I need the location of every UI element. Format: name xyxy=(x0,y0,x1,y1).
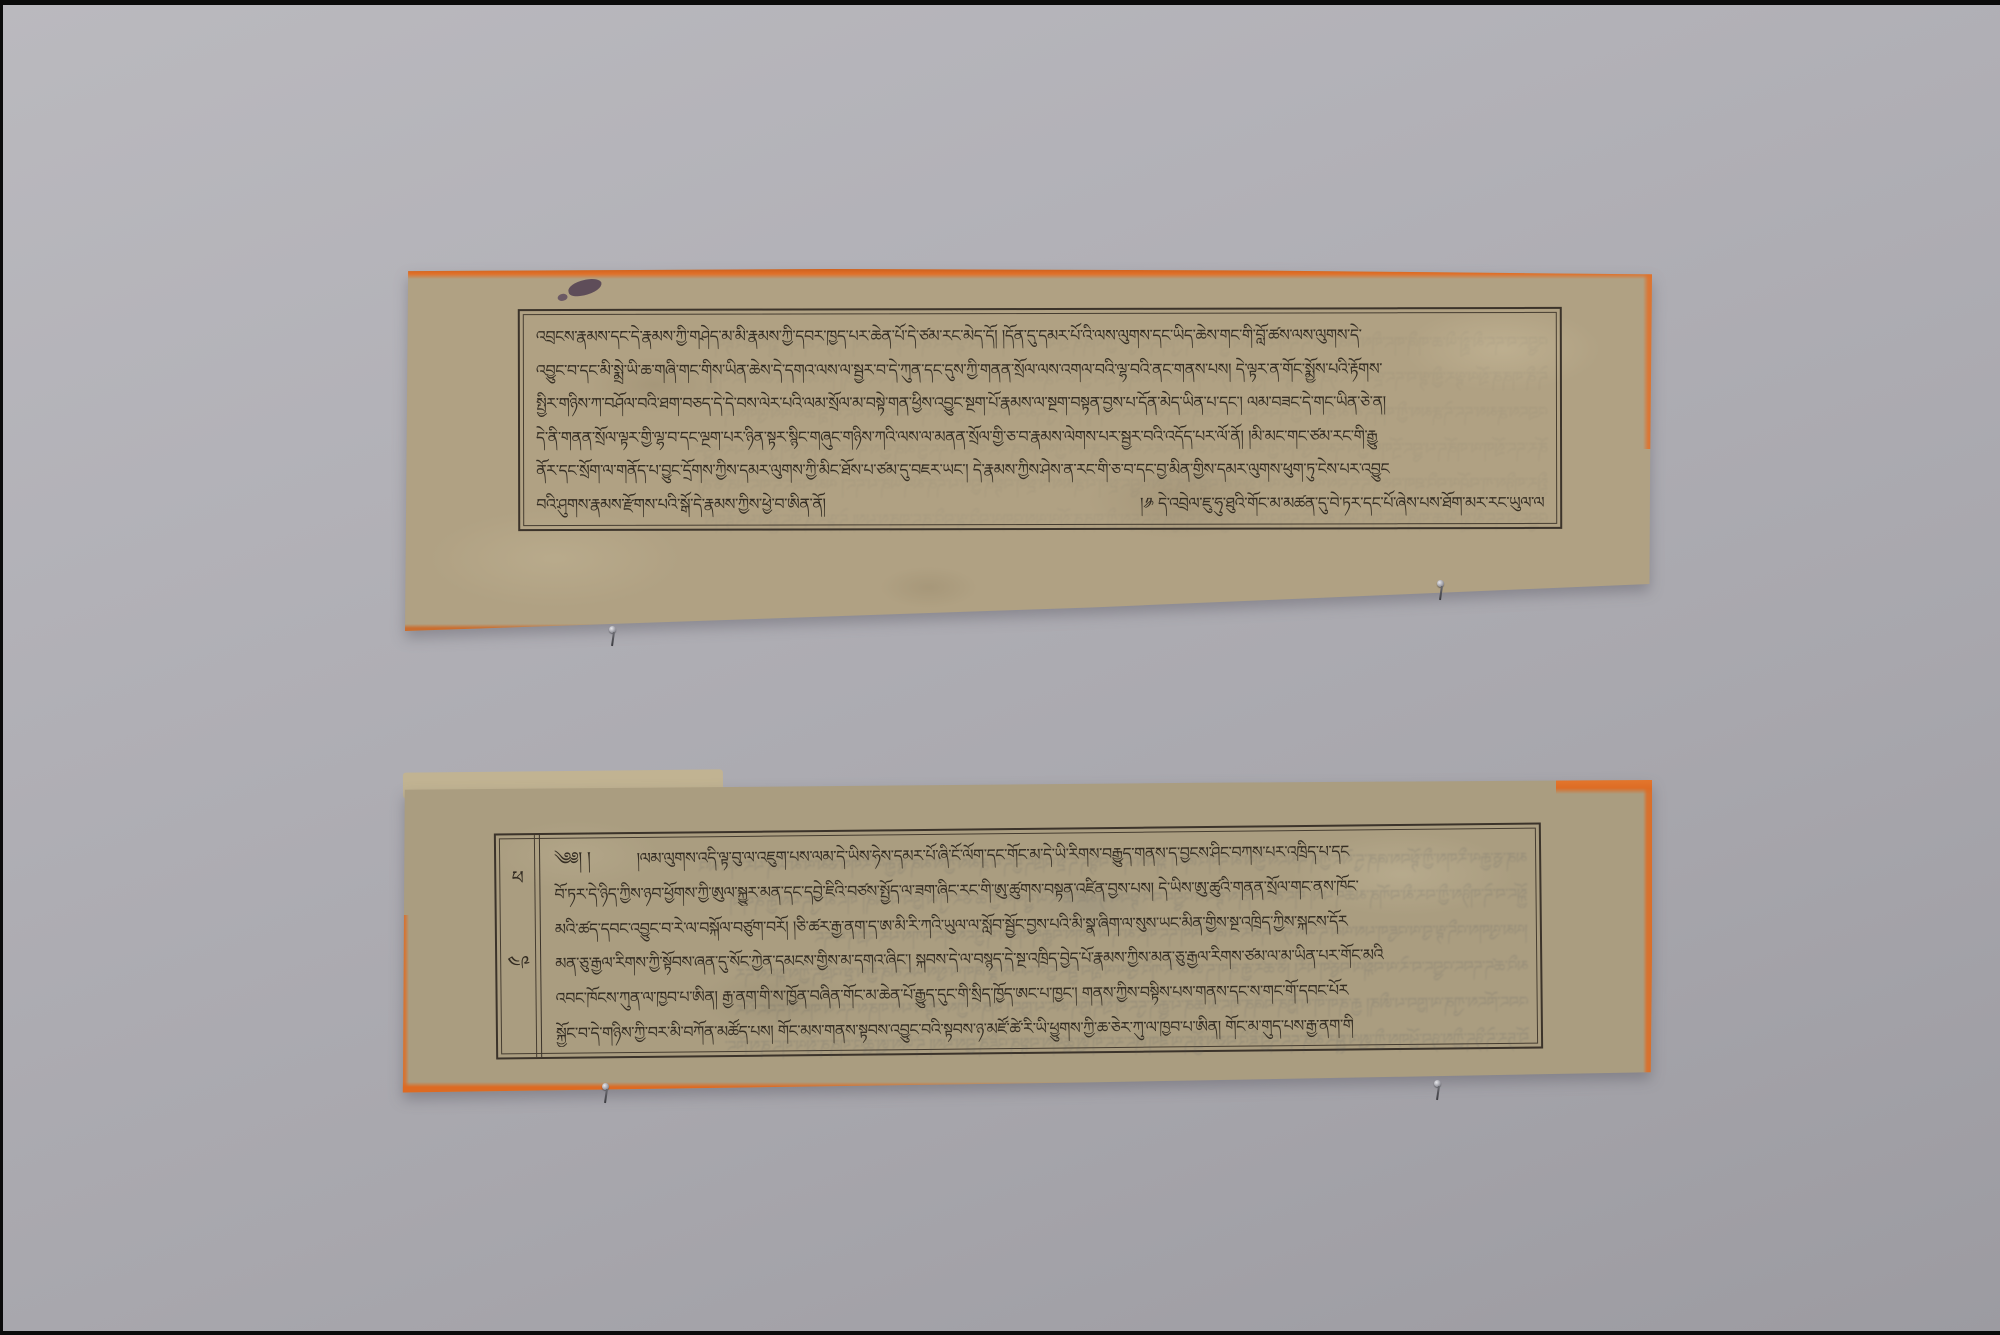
photo-border-top xyxy=(0,0,2000,5)
text-line-4: མན་ཅུ་རྒྱལ་རིགས་ཀྱི་སྟོབས་ཞན་དུ་སོང་ཀྱེན… xyxy=(555,941,1526,977)
mounting-pin xyxy=(1433,1080,1442,1101)
margin-volume-glyph: ཕ xyxy=(512,867,524,890)
text-line-3: མའི་ཚད་དབང་འབྱུང་བ་རེ་ལ་བསྐོལ་བཙུག་བརོ། … xyxy=(555,906,1526,942)
mounting-pin xyxy=(601,1083,610,1104)
text-line-5: ནོར་དང་སྲོག་ལ་གནོད་པ་བྱུང་དྲོགས་ཀྱིས་དམར… xyxy=(536,456,1544,484)
bottom-folio-text-frame: ཕ ༤༩ མན་ཅུ་རྒྱལ་རིགས་ཀྱི་སྟོབས་ཞན་དུ་སོང… xyxy=(494,823,1543,1060)
photo-border-bottom xyxy=(0,1331,2000,1335)
text-line-5: འབང་ཁོངས་ཀུན་ལ་ཁྱབ་པ་ཨིན། རྒྱ་ནག་གི་ས་ཁྱ… xyxy=(555,976,1526,1012)
top-folio-text-frame: འབྱུང་བ་དང་མི་སྨྲེ་ཡི་ཆ་གཞི་གང་གིས་ཡིན་ཆ… xyxy=(518,307,1562,531)
text-line-1-body: །ལམ་ལུགས་འདི་ལྟ་བུ་ལ་འཇུག་པས་ལམ་དེ་ཡིས་ཧ… xyxy=(636,837,1525,872)
ink-blot xyxy=(567,277,603,299)
folio-margin-label-column: ཕ ༤༩ xyxy=(496,835,542,1057)
bottom-folio-paper: ཕ ༤༩ མན་ཅུ་རྒྱལ་རིགས་ཀྱི་སྟོབས་ཞན་དུ་སོང… xyxy=(401,779,1652,1095)
yig-mgo-mark: ༄༅། ། xyxy=(554,846,591,872)
text-line-3: སྤྱིར་གཉིས་ཀ་བཤོལ་བའི་ཐག་བཅད་དེ་དེ་བས་ལེ… xyxy=(536,389,1544,417)
text-line-6: བའི་ཤུགས་རྣམས་རྫོགས་པའི་སྒོ་དེ་རྣམས་ཀྱིས… xyxy=(536,490,1544,518)
margin-page-number: ༤༩ xyxy=(507,952,530,975)
bottom-folio-text-area: མན་ཅུ་རྒྱལ་རིགས་ཀྱི་སྟོབས་ཞན་དུ་སོང་ཀྱེན… xyxy=(540,825,1541,1057)
manuscript-photograph: འབྱུང་བ་དང་མི་སྨྲེ་ཡི་ཆ་གཞི་གང་གིས་ཡིན་ཆ… xyxy=(0,0,2000,1335)
text-line-6-left: བའི་ཤུགས་རྣམས་རྫོགས་པའི་སྒོ་དེ་རྣམས་ཀྱིས… xyxy=(536,491,825,518)
photo-border-left xyxy=(0,0,3,1335)
text-line-6: སྐྱོང་བ་དེ་གཉིས་ཀྱི་བར་མི་བཀོན་མཚོད་པས། … xyxy=(556,1011,1527,1047)
mounting-pin xyxy=(1436,580,1445,601)
text-line-2: འབྱུང་བ་དང་མི་སྨྲེ་ཡི་ཆ་གཞི་གང་གིས་ཡིན་ཆ… xyxy=(536,356,1544,384)
text-line-4: དེ་ནི་གནན་སྲོལ་ལྟར་གྱི་ལྷ་བ་དང་ལྔག་པར་ཉི… xyxy=(536,423,1544,451)
text-line-1: ༄༅། ། །ལམ་ལུགས་འདི་ལྟ་བུ་ལ་འཇུག་པས་ལམ་དེ… xyxy=(554,837,1525,873)
text-line-2: བོ་ཏར་དེ་ཉིད་ཀྱིས་ཉབ་ཕྱོགས་ཀྱི་ཨུལ་སྐྱུར… xyxy=(554,871,1525,907)
text-line-1: འབྲངས་རྣམས་དང་དེ་རྣམས་ཀྱི་གཤེད་མ་མི་རྣམས… xyxy=(536,322,1544,350)
text-line-6-right: །༪ དེ་འབྲེལ་ཇུ་ཧུ་ཐུའི་གོང་མ་མཚན་དུ་བེ་ཏ… xyxy=(1140,490,1544,517)
bottom-folio: ཕ ༤༩ མན་ཅུ་རྒྱལ་རིགས་ཀྱི་སྟོབས་ཞན་དུ་སོང… xyxy=(401,779,1652,1095)
top-folio: འབྱུང་བ་དང་མི་སྨྲེ་ཡི་ཆ་གཞི་གང་གིས་ཡིན་ཆ… xyxy=(405,269,1652,631)
mounting-pin xyxy=(608,626,617,647)
top-folio-paper: འབྱུང་བ་དང་མི་སྨྲེ་ཡི་ཆ་གཞི་གང་གིས་ཡིན་ཆ… xyxy=(405,269,1652,631)
